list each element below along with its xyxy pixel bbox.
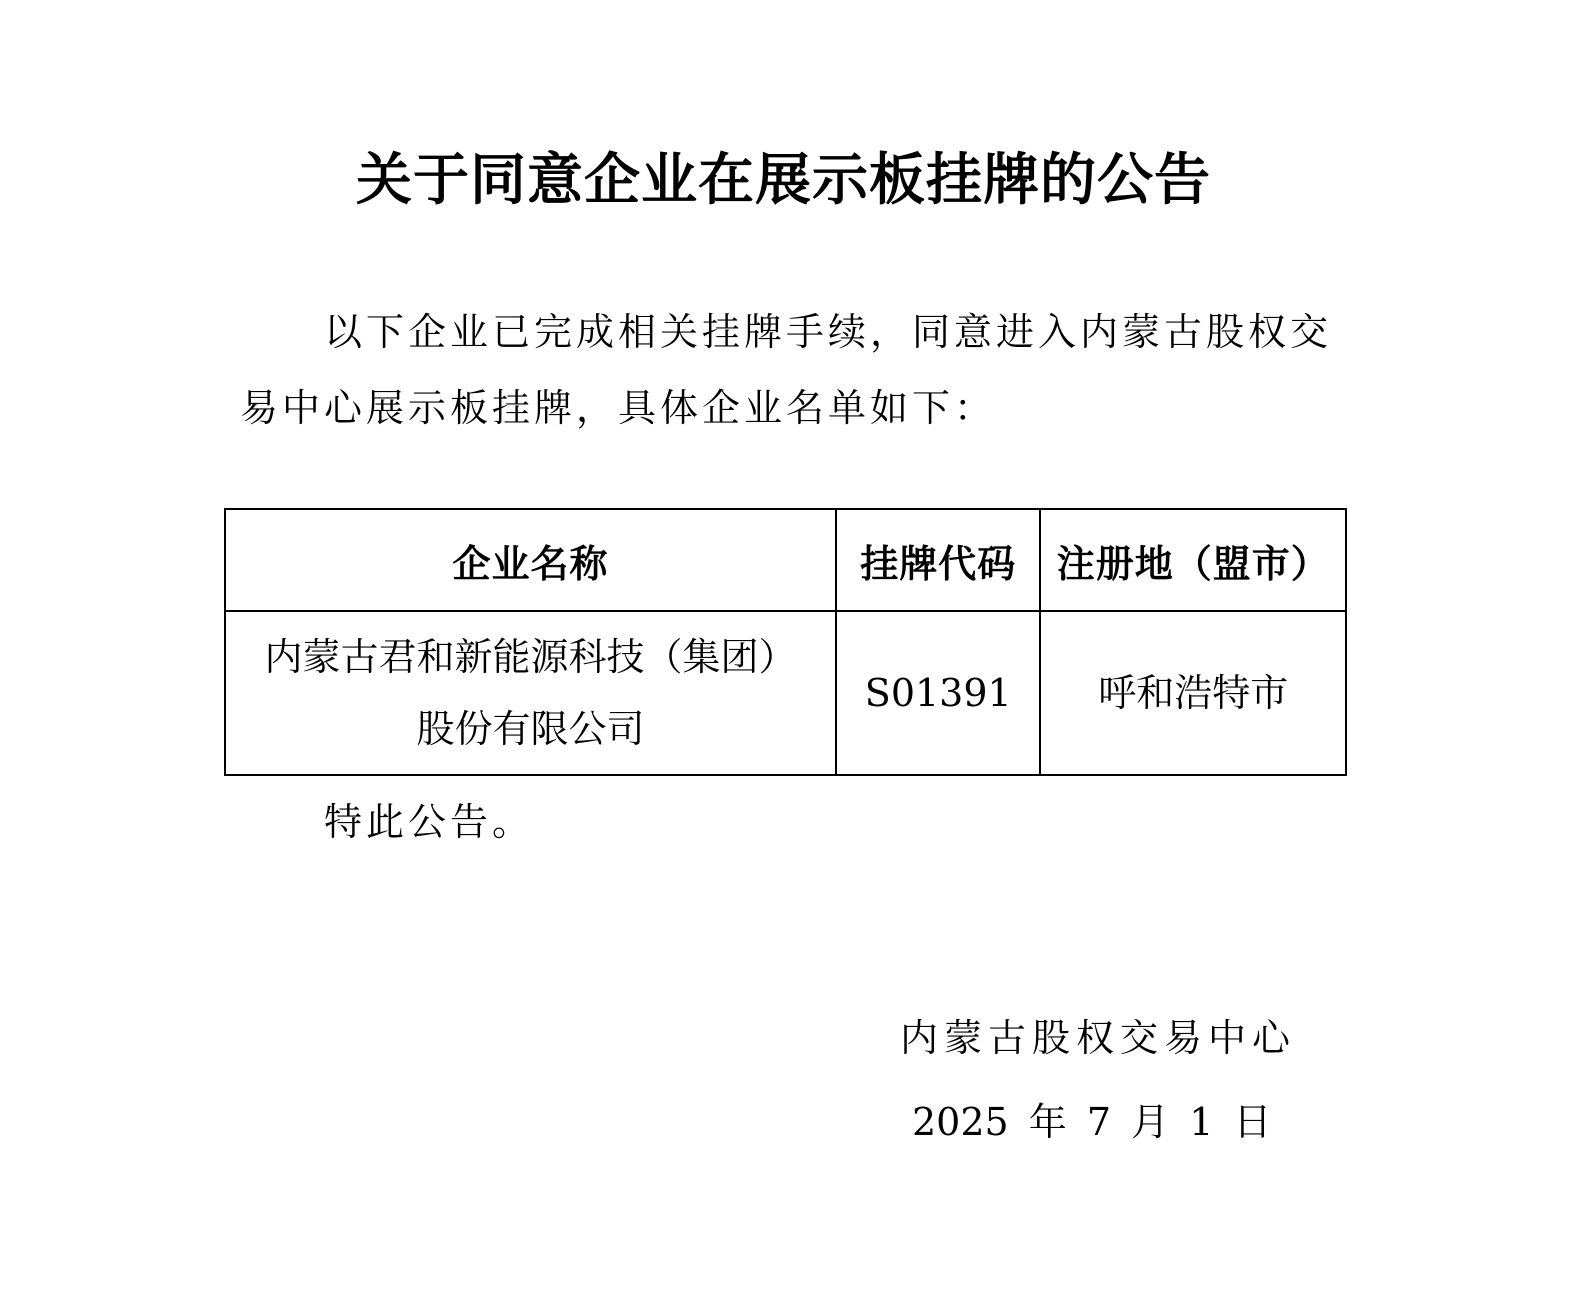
intro-paragraph-line-1: 以下企业已完成相关挂牌手续，同意进入内蒙古股权交 xyxy=(324,294,1332,370)
header-registered-region: 注册地（盟市） xyxy=(1040,509,1346,611)
cell-registered-region: 呼和浩特市 xyxy=(1040,611,1346,775)
table-header-row: 企业名称 挂牌代码 注册地（盟市） xyxy=(225,509,1346,611)
closing-statement: 特此公告。 xyxy=(324,784,534,860)
document-title: 关于同意企业在展示板挂牌的公告 xyxy=(0,140,1567,220)
signature-organization: 内蒙古股权交易中心 xyxy=(900,1010,1296,1066)
cell-company-name: 内蒙古君和新能源科技（集团） 股份有限公司 xyxy=(225,611,836,775)
header-company-name: 企业名称 xyxy=(225,509,836,611)
cell-listing-code: S01391 xyxy=(836,611,1040,775)
table-row: 内蒙古君和新能源科技（集团） 股份有限公司 S01391 呼和浩特市 xyxy=(225,611,1346,775)
company-name-line-2: 股份有限公司 xyxy=(226,693,835,765)
intro-paragraph-line-2: 易中心展示板挂牌，具体企业名单如下： xyxy=(240,370,996,446)
signature-date: 2025 年 7 月 1 日 xyxy=(912,1094,1271,1150)
listing-table: 企业名称 挂牌代码 注册地（盟市） 内蒙古君和新能源科技（集团） 股份有限公司 … xyxy=(224,508,1347,776)
header-listing-code: 挂牌代码 xyxy=(836,509,1040,611)
company-name-line-1: 内蒙古君和新能源科技（集团） xyxy=(226,621,835,693)
